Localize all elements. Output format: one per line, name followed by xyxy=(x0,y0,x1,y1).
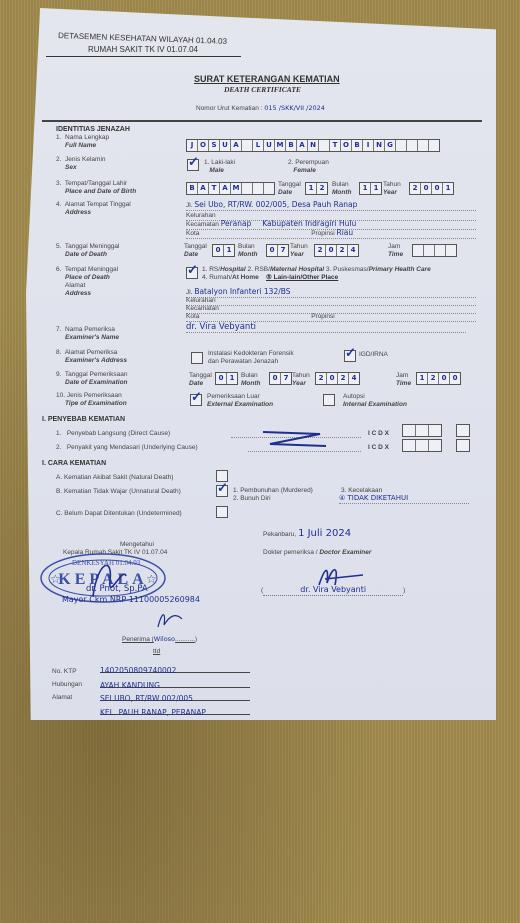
exam-month-field[interactable]: 07 xyxy=(269,372,292,385)
char-box xyxy=(418,140,429,151)
igd-checkbox[interactable]: ✓ xyxy=(344,350,356,362)
place-date: Pekanbaru, 1 Juli 2024 xyxy=(263,530,351,539)
icd-underlying-extra[interactable] xyxy=(456,439,470,452)
document-title: SURAT KETERANGAN KEMATIAN xyxy=(194,74,340,84)
char-box: A xyxy=(198,183,209,194)
exam-day-field[interactable]: 01 xyxy=(215,372,238,385)
char-box: B xyxy=(352,140,363,151)
cause-strikethrough-mark xyxy=(258,428,338,452)
address-label: 4. Alamat Tempat Tinggal Address xyxy=(56,201,131,217)
char-box: 2 xyxy=(337,245,348,256)
female-option: 2. Perempuan Female xyxy=(288,159,329,175)
full-name-field[interactable]: JOSUALUMBANTOBING xyxy=(186,139,440,152)
char-box: 2 xyxy=(317,183,327,194)
char-box: 7 xyxy=(281,373,291,384)
char-box: T xyxy=(330,140,341,151)
char-box xyxy=(446,245,456,256)
igd-option: IGD/IRNA xyxy=(359,351,388,359)
icd-direct-extra[interactable] xyxy=(456,424,470,437)
ttd-label: ttd xyxy=(153,648,160,656)
char-box: 7 xyxy=(278,245,288,256)
char-box: 2 xyxy=(428,373,439,384)
birth-label: 3. Tempat/Tanggal Lahir Place and Date o… xyxy=(56,180,136,196)
section-cause: I. PENYEBAB KEMATIAN xyxy=(42,416,125,423)
char-box: S xyxy=(209,140,220,151)
char-box: 1 xyxy=(227,373,237,384)
char-box: A xyxy=(297,140,308,151)
autopsy-option: AutopsiInternal Examination xyxy=(343,393,407,409)
direct-cause-label: 1. Penyebab Langsung (Direct Cause) xyxy=(56,430,170,438)
exam-time-field[interactable]: 1200 xyxy=(416,372,461,385)
unnatural-options: 1. Pembunuhan (Murdered)2. Bunuh Diri xyxy=(233,487,313,503)
serial-value: 015 /SKK/VII /2024 xyxy=(264,104,325,112)
char-box: 4 xyxy=(348,245,358,256)
male-option: 1. Laki-laki Male xyxy=(204,159,235,175)
sex-label: 2. Jenis Kelamin Sex xyxy=(56,156,106,172)
char-box: 0 xyxy=(213,245,224,256)
char-box: 2 xyxy=(410,183,421,194)
section-manner: I. CARA KEMATIAN xyxy=(42,460,106,467)
check-icon: ✓ xyxy=(191,389,202,405)
death-year-field[interactable]: 2024 xyxy=(314,244,359,257)
autopsy-checkbox[interactable] xyxy=(323,394,335,406)
char-box: J xyxy=(187,140,198,151)
death-place-label: 6. Tempat Meninggal Place of Death Alama… xyxy=(56,266,118,298)
forensic-checkbox[interactable] xyxy=(191,352,203,364)
birth-month-field[interactable]: 11 xyxy=(359,182,382,195)
check-icon: ✓ xyxy=(188,154,199,170)
char-box: 0 xyxy=(326,245,337,256)
external-exam-option: Pemeriksaan LuarExternal Examination xyxy=(207,393,273,409)
char-box: 1 xyxy=(360,183,371,194)
svg-text:☆: ☆ xyxy=(50,572,61,586)
hospital-name: RUMAH SAKIT TK IV 01.07.04 xyxy=(88,45,198,54)
char-box xyxy=(396,140,407,151)
char-box xyxy=(435,245,446,256)
char-box: 1 xyxy=(417,373,428,384)
document-subtitle: DEATH CERTIFICATE xyxy=(224,85,301,94)
receiver-address-2: KEL. PAUH RANAP, PERANAP xyxy=(100,708,206,717)
char-box xyxy=(242,140,253,151)
char-box: N xyxy=(308,140,319,151)
char-box: O xyxy=(198,140,209,151)
section-identity: IDENTITIAS JENAZAH xyxy=(56,126,130,133)
death-place-options: 1. RS/Hospital 2. RSB/Maternal Hospital … xyxy=(202,266,431,282)
address-regency: Kabupaten Indragiri Hulu xyxy=(262,219,356,228)
death-place-street: Batalyon Infanteri 132/BS xyxy=(194,287,290,296)
name-label: 1. Nama Lengkap Full Name xyxy=(56,134,109,150)
char-box xyxy=(413,245,424,256)
head-rank: Mayor Ckm NRP 11100005260984 xyxy=(62,595,200,604)
char-box: 0 xyxy=(267,245,278,256)
char-box xyxy=(407,140,418,151)
death-date-label: 5. Tanggal Meninggal Date of Death xyxy=(56,243,120,259)
char-box xyxy=(264,183,274,194)
undetermined-label: C. Belum Dapat Ditentukan (Undetermined) xyxy=(56,510,182,518)
receiver-signature xyxy=(152,609,192,631)
char-box: O xyxy=(341,140,352,151)
examiner-label: 7. Nama Pemeriksa Examiner's Name xyxy=(56,326,119,342)
birth-place-field[interactable]: BATAM xyxy=(186,182,275,195)
char-box xyxy=(429,140,439,151)
exam-date-label: 9. Tanggal Pemeriksaan Date of Examinati… xyxy=(56,371,128,387)
ktp-number: 1402050809740002 xyxy=(100,666,176,675)
char-box: B xyxy=(286,140,297,151)
serial-label: Nomor Urut Kematian : xyxy=(196,105,262,112)
char-box: 2 xyxy=(316,373,327,384)
agency-name: DETASEMEN KESEHATAN WILAYAH 01.04.03 xyxy=(58,31,227,46)
undetermined-checkbox[interactable] xyxy=(216,506,228,518)
serial-number: Nomor Urut Kematian : 015 /SKK/VII /2024 xyxy=(196,104,325,113)
char-box: 1 xyxy=(371,183,381,194)
check-icon: ✓ xyxy=(217,480,228,496)
char-box: 0 xyxy=(439,373,450,384)
char-box: 1 xyxy=(224,245,234,256)
death-certificate-paper: DETASEMEN KESEHATAN WILAYAH 01.04.03 RUM… xyxy=(26,8,496,720)
address-district: Peranap xyxy=(221,219,252,228)
address-street: Sei Ubo, RT/RW. 002/005, Desa Pauh Ranap xyxy=(194,200,357,209)
char-box xyxy=(424,245,435,256)
char-box: M xyxy=(275,140,286,151)
char-box: A xyxy=(220,183,231,194)
examiner-address-label: 8. Alamat Pemeriksa Examiner's Address xyxy=(56,349,127,365)
check-icon: ✓ xyxy=(345,345,356,361)
char-box: A xyxy=(231,140,242,151)
char-box: 4 xyxy=(349,373,359,384)
head-name: dr. Pnot, Sp.PA xyxy=(86,584,148,594)
death-time-field[interactable] xyxy=(412,244,457,257)
birth-year-field[interactable]: 2001 xyxy=(409,182,454,195)
natural-death-label: A. Kematian Akibat Sakit (Natural Death) xyxy=(56,474,173,482)
receiver-line: Penerima (Wiloso...........) xyxy=(122,635,197,644)
check-icon: ✓ xyxy=(187,262,198,278)
char-box: B xyxy=(187,183,198,194)
doctor-signature-line: (dr. Vira Vebyanti) xyxy=(261,586,411,596)
char-box: 0 xyxy=(432,183,443,194)
known-by-label: Mengetahui xyxy=(120,541,154,549)
unknown-option: ④ TIDAK DIKETAHUI xyxy=(339,494,408,502)
hospital-checkbox[interactable]: ✓ xyxy=(186,267,198,279)
char-box: L xyxy=(253,140,264,151)
exam-year-field[interactable]: 2024 xyxy=(315,372,360,385)
doctor-examiner-label: Dokter pemeriksa / Doctor Examiner xyxy=(263,549,371,557)
char-box: 0 xyxy=(216,373,227,384)
char-box: M xyxy=(231,183,242,194)
char-box: 0 xyxy=(421,183,432,194)
char-box: 2 xyxy=(338,373,349,384)
char-box: 0 xyxy=(327,373,338,384)
examiner-name: dr. Vira Vebyanti xyxy=(186,322,256,332)
char-box: N xyxy=(374,140,385,151)
male-checkbox[interactable]: ✓ xyxy=(187,159,199,171)
icd-direct-field[interactable] xyxy=(402,424,442,437)
unnatural-death-checkbox[interactable]: ✓ xyxy=(216,485,228,497)
exam-type-label: 10. Jenis Pemeriksaan Tipe of Examinatio… xyxy=(56,392,127,408)
underlying-cause-label: 2. Penyakit yang Mendasari (Underlying C… xyxy=(56,444,198,452)
char-box xyxy=(319,140,330,151)
char-box xyxy=(253,183,264,194)
char-box: 1 xyxy=(306,183,317,194)
char-box: U xyxy=(264,140,275,151)
forensic-option: Instalasi Kedokteran Forensikdan Perawat… xyxy=(208,350,294,366)
char-box: 0 xyxy=(270,373,281,384)
char-box: T xyxy=(209,183,220,194)
death-day-field[interactable]: 01 xyxy=(212,244,235,257)
death-month-field[interactable]: 07 xyxy=(266,244,289,257)
address-province: Riau xyxy=(336,228,353,237)
birth-day-field[interactable]: 12 xyxy=(305,182,328,195)
char-box: G xyxy=(385,140,396,151)
char-box: 0 xyxy=(450,373,460,384)
char-box: I xyxy=(363,140,374,151)
external-exam-checkbox[interactable]: ✓ xyxy=(190,394,202,406)
char-box: U xyxy=(220,140,231,151)
char-box: 2 xyxy=(315,245,326,256)
icd-underlying-field[interactable] xyxy=(402,439,442,452)
unnatural-death-label: B. Kematian Tidak Wajar (Unnatural Death… xyxy=(56,488,181,496)
char-box: 1 xyxy=(443,183,453,194)
char-box xyxy=(242,183,253,194)
